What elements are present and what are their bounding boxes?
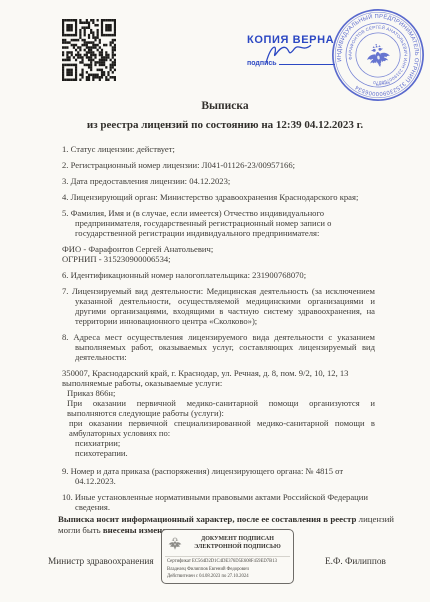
esign-owner: Владелец Филиппов Евгений Федорович: [167, 567, 291, 572]
item-grant-date: 3. Дата предоставления лицензии: 04.12.2…: [62, 176, 375, 186]
item-activity: 7. Лицензируемый вид деятельности: Медиц…: [62, 286, 375, 326]
esign-header: ДОКУМЕНТ ПОДПИСАН ЭЛЕКТРОННОЙ ПОДПИСЬЮ: [184, 536, 291, 551]
handwritten-signature-icon: [258, 38, 320, 66]
item-reg-number: 2. Регистрационный номер лицензии: Л041-…: [62, 160, 375, 170]
coat-of-arms-icon: [167, 533, 183, 554]
line-primary-care: При оказании первичной медико-санитарной…: [62, 398, 375, 418]
line-order-866n: Приказ 866н;: [62, 388, 375, 398]
document-page: КОПИЯ ВЕРНА подпись ИНДИВИДУАЛЬНЫЙ ПРЕДП…: [0, 0, 430, 602]
item-other-info: 10. Иные установленные нормативными прав…: [62, 492, 375, 512]
item-status: 1. Статус лицензии: действует;: [62, 144, 375, 154]
esign-certificate: Сертификат EC564D2D1C4DE376D5E608F459ED7…: [167, 559, 291, 564]
esign-header-line1: ДОКУМЕНТ ПОДПИСАН: [184, 536, 291, 544]
line-ogrnip: ОГРНИП - 315230900006534;: [62, 254, 375, 264]
page-subtitle: из реестра лицензий по состоянию на 12:3…: [40, 119, 410, 131]
line-address: 350007, Краснодарский край, г. Краснодар…: [62, 368, 375, 378]
minister-name: Е.Ф. Филиппов: [325, 557, 386, 567]
line-psychiatry: психиатрии;: [62, 438, 375, 448]
item-entrepreneur: 5. Фамилия, Имя и (в случае, если имеетс…: [62, 208, 375, 238]
esign-divider: [165, 556, 290, 557]
esign-validity: Действителен с 04.08.2023 по 27.10.2024: [167, 574, 291, 579]
page-title: Выписка: [40, 100, 410, 112]
esign-header-line2: ЭЛЕКТРОННОЙ ПОДПИСЬЮ: [184, 544, 291, 552]
qr-code-icon: [62, 19, 116, 81]
item-inn: 6. Идентификационный номер налогоплатель…: [62, 270, 375, 280]
round-stamp-icon: ИНДИВИДУАЛЬНЫЙ ПРЕДПРИНИМАТЕЛЬ ОГРНИП 31…: [323, 0, 430, 109]
item-order-number: 9. Номер и дата приказа (распоряжения) л…: [62, 466, 375, 486]
line-psychotherapy: психотерапии.: [62, 448, 375, 458]
document-body: 1. Статус лицензии: действует; 2. Регист…: [62, 144, 375, 518]
line-fio: ФИО - Фарафонтов Сергей Анатольевич;: [62, 244, 375, 254]
esign-stamp-box: ДОКУМЕНТ ПОДПИСАН ЭЛЕКТРОННОЙ ПОДПИСЬЮ С…: [161, 529, 294, 584]
disclaimer-part1: Выписка носит информационный характер, п…: [58, 514, 356, 524]
line-specialized-care: при оказании первичной специализированно…: [62, 418, 375, 438]
item-authority: 4. Лицензирующий орган: Министерство здр…: [62, 192, 375, 202]
item-addresses: 8. Адреса мест осуществления лицензируем…: [62, 332, 375, 362]
double-eagle-icon: [365, 42, 392, 69]
minister-title: Министр здравоохранения: [48, 557, 154, 567]
line-works-label: выполняемые работы, оказываемые услуги:: [62, 378, 375, 388]
